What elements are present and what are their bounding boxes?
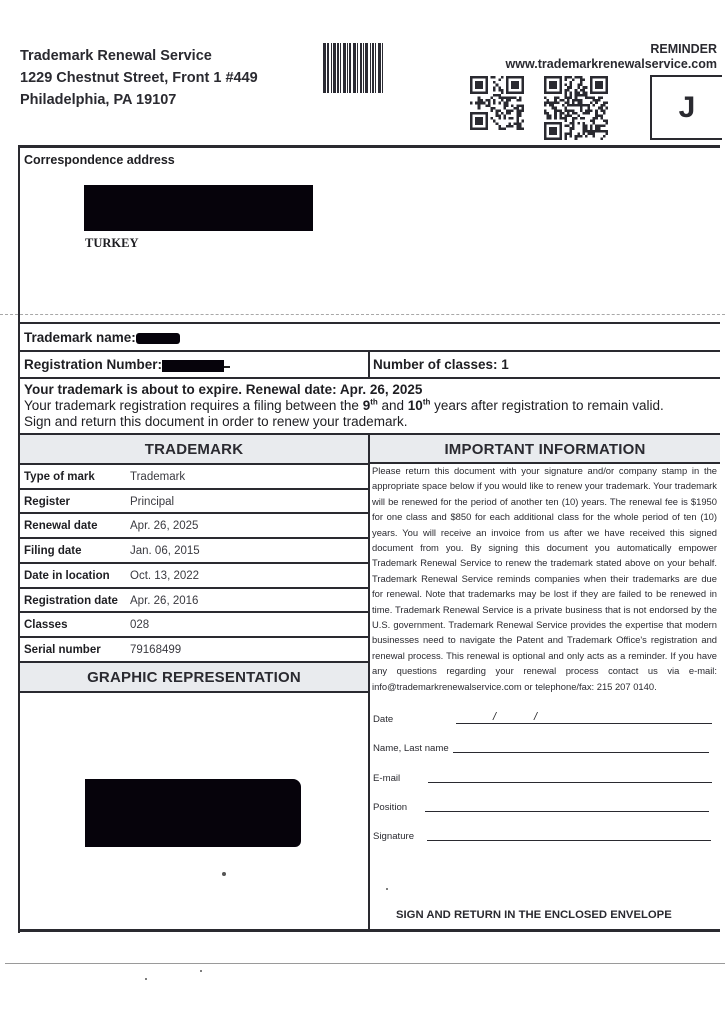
divider (18, 562, 370, 564)
redacted-trademark-name (136, 333, 180, 344)
divider (18, 537, 370, 539)
detail-key: Register (20, 496, 130, 508)
detail-key: Classes (20, 619, 130, 631)
expiry-notice: Your trademark is about to expire. Renew… (24, 382, 664, 430)
table-row: RegisterPrincipal (20, 490, 368, 514)
divider (18, 512, 370, 514)
redacted-graphic-representation (85, 779, 301, 847)
important-info-title: IMPORTANT INFORMATION (370, 435, 720, 463)
registration-number-label: Registration Number: (24, 357, 162, 372)
letter-code: J (679, 91, 696, 125)
letter-code-box: J (650, 75, 722, 140)
divider (18, 322, 720, 324)
detail-key: Renewal date (20, 520, 130, 532)
table-row: Filing dateJan. 06, 2015 (20, 539, 368, 563)
table-row: Registration dateApr. 26, 2016 (20, 589, 368, 613)
number-of-classes: Number of classes: 1 (373, 357, 509, 372)
divider (368, 350, 370, 378)
website-link[interactable]: www.trademarkrenewalservice.com (506, 57, 717, 72)
registration-number-field: Registration Number: (24, 357, 162, 372)
divider (18, 587, 370, 589)
frame-bottom (18, 929, 720, 932)
sender-address: Trademark Renewal Service 1229 Chestnut … (20, 45, 258, 111)
trademark-name-field: Trademark name: (24, 330, 136, 345)
redaction-tail (224, 366, 230, 368)
qr-code-icon (544, 76, 608, 140)
divider (18, 661, 370, 663)
barcode-icon (323, 43, 421, 93)
requirement-text: and (378, 398, 408, 413)
table-row: Date in locationOct. 13, 2022 (20, 564, 368, 588)
expiry-instruction: Sign and return this document in order t… (24, 414, 664, 430)
detail-key: Serial number (20, 644, 130, 656)
return-instruction: SIGN AND RETURN IN THE ENCLOSED ENVELOPE (396, 909, 672, 921)
name-field[interactable] (453, 752, 709, 753)
sender-name: Trademark Renewal Service (20, 45, 258, 67)
table-row: Renewal dateApr. 26, 2025 (20, 514, 368, 538)
table-row: Type of markTrademark (20, 465, 368, 489)
column-divider (368, 433, 370, 931)
trademark-name-label: Trademark name: (24, 330, 136, 345)
requirement-text: years after registration to remain valid… (430, 398, 663, 413)
date-label: Date (373, 714, 393, 725)
qr-code-icon (470, 76, 524, 130)
divider (18, 463, 370, 465)
divider (18, 611, 370, 613)
detail-value: Apr. 26, 2016 (130, 595, 198, 607)
correspondence-country: TURKEY (85, 236, 138, 251)
detail-value: 028 (130, 619, 149, 631)
divider (18, 691, 370, 693)
redacted-address (84, 185, 313, 231)
fold-line (0, 314, 725, 315)
detail-value: Oct. 13, 2022 (130, 570, 199, 582)
signature-label: Signature (373, 831, 414, 842)
redacted-registration-number (162, 360, 224, 372)
divider (18, 636, 370, 638)
scan-speck (222, 872, 226, 876)
ordinal-suffix: th (370, 398, 378, 407)
scan-speck (145, 978, 147, 980)
table-row: Serial number79168499 (20, 638, 368, 662)
date-separator: / (493, 711, 496, 723)
signature-field[interactable] (427, 840, 711, 841)
name-label: Name, Last name (373, 743, 449, 754)
date-separator: / (534, 711, 537, 723)
correspondence-label: Correspondence address (24, 153, 175, 167)
divider (18, 488, 370, 490)
detail-value: Principal (130, 496, 174, 508)
sender-street: 1229 Chestnut Street, Front 1 #449 (20, 67, 258, 89)
requirement-text: Your trademark registration requires a f… (24, 398, 363, 413)
detail-key: Filing date (20, 545, 130, 557)
detail-value: Apr. 26, 2025 (130, 520, 198, 532)
detail-value: Jan. 06, 2015 (130, 545, 200, 557)
email-field[interactable] (428, 782, 712, 783)
position-field[interactable] (425, 811, 709, 812)
detail-value: 79168499 (130, 644, 181, 656)
detail-key: Type of mark (20, 471, 130, 483)
position-label: Position (373, 802, 407, 813)
trademark-section-title: TRADEMARK (20, 435, 368, 463)
date-field[interactable] (456, 723, 712, 724)
expiry-headline: Your trademark is about to expire. Renew… (24, 382, 664, 398)
expiry-requirement: Your trademark registration requires a f… (24, 398, 664, 414)
reminder-header: REMINDER www.trademarkrenewalservice.com (506, 42, 717, 72)
graphic-section-title: GRAPHIC REPRESENTATION (20, 663, 368, 691)
scan-speck (200, 970, 202, 972)
reminder-label: REMINDER (506, 42, 717, 57)
detail-value: Trademark (130, 471, 185, 483)
scan-speck (386, 888, 388, 890)
email-label: E-mail (373, 773, 400, 784)
detail-key: Date in location (20, 570, 130, 582)
important-info-body: Please return this document with your si… (372, 463, 717, 694)
paper-fold (5, 963, 725, 964)
table-row: Classes028 (20, 613, 368, 637)
sender-city: Philadelphia, PA 19107 (20, 89, 258, 111)
ordinal-number: 10 (408, 398, 423, 413)
detail-key: Registration date (20, 595, 130, 607)
